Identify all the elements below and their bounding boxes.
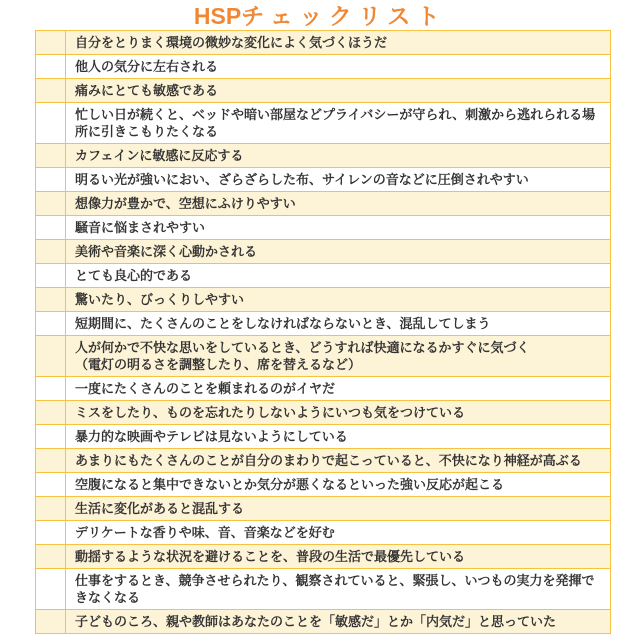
check-cell[interactable] bbox=[36, 377, 66, 401]
table-row: カフェインに敏感に反応する bbox=[36, 144, 611, 168]
item-text: 暴力的な映画やテレビは見ないようにしている bbox=[66, 425, 611, 449]
item-text: あまりにもたくさんのことが自分のまわりで起こっていると、不快になり神経が高ぶる bbox=[66, 449, 611, 473]
item-text: 美術や音楽に深く心動かされる bbox=[66, 240, 611, 264]
check-cell[interactable] bbox=[36, 192, 66, 216]
item-text: 短期間に、たくさんのことをしなければならないとき、混乱してしまう bbox=[66, 312, 611, 336]
item-text: カフェインに敏感に反応する bbox=[66, 144, 611, 168]
check-cell[interactable] bbox=[36, 31, 66, 55]
item-text: 自分をとりまく環境の微妙な変化によく気づくほうだ bbox=[66, 31, 611, 55]
check-cell[interactable] bbox=[36, 288, 66, 312]
item-text: 生活に変化があると混乱する bbox=[66, 497, 611, 521]
table-row: 一度にたくさんのことを頼まれるのがイヤだ bbox=[36, 377, 611, 401]
table-row: 想像力が豊かで、空想にふけりやすい bbox=[36, 192, 611, 216]
item-text: ミスをしたり、ものを忘れたりしないようにいつも気をつけている bbox=[66, 401, 611, 425]
check-cell[interactable] bbox=[36, 449, 66, 473]
item-text: 騒音に悩まされやすい bbox=[66, 216, 611, 240]
checklist-body: 自分をとりまく環境の微妙な変化によく気づくほうだ 他人の気分に左右される 痛みに… bbox=[36, 31, 611, 634]
table-row: とても良心的である bbox=[36, 264, 611, 288]
check-cell[interactable] bbox=[36, 144, 66, 168]
table-row: 美術や音楽に深く心動かされる bbox=[36, 240, 611, 264]
item-text: 痛みにとても敏感である bbox=[66, 79, 611, 103]
check-cell[interactable] bbox=[36, 312, 66, 336]
table-row: 子どものころ、親や教師はあなたのことを「敏感だ」とか「内気だ」と思っていた bbox=[36, 610, 611, 634]
check-cell[interactable] bbox=[36, 168, 66, 192]
table-row: 自分をとりまく環境の微妙な変化によく気づくほうだ bbox=[36, 31, 611, 55]
check-cell[interactable] bbox=[36, 336, 66, 377]
page-title-kana: チェックリスト bbox=[241, 3, 446, 29]
page-title-latin: HSP bbox=[194, 3, 241, 29]
item-text: 忙しい日が続くと、ベッドや暗い部屋などプライバシーが守られ、刺激から逃れられる場… bbox=[66, 103, 611, 144]
table-row: 人が何かで不快な思いをしているとき、どうすれば快適になるかすぐに気づく （電灯の… bbox=[36, 336, 611, 377]
table-row: 仕事をするとき、競争させられたり、観察されていると、緊張し、いつもの実力を発揮で… bbox=[36, 569, 611, 610]
check-cell[interactable] bbox=[36, 103, 66, 144]
item-text: 仕事をするとき、競争させられたり、観察されていると、緊張し、いつもの実力を発揮で… bbox=[66, 569, 611, 610]
table-row: 明るい光が強いにおい、ざらざらした布、サイレンの音などに圧倒されやすい bbox=[36, 168, 611, 192]
check-cell[interactable] bbox=[36, 521, 66, 545]
check-cell[interactable] bbox=[36, 216, 66, 240]
item-text: 人が何かで不快な思いをしているとき、どうすれば快適になるかすぐに気づく （電灯の… bbox=[66, 336, 611, 377]
check-cell[interactable] bbox=[36, 55, 66, 79]
check-cell[interactable] bbox=[36, 264, 66, 288]
checklist-table: 自分をとりまく環境の微妙な変化によく気づくほうだ 他人の気分に左右される 痛みに… bbox=[35, 30, 611, 634]
check-cell[interactable] bbox=[36, 425, 66, 449]
table-row: 他人の気分に左右される bbox=[36, 55, 611, 79]
item-text: デリケートな香りや味、音、音楽などを好む bbox=[66, 521, 611, 545]
item-text: 想像力が豊かで、空想にふけりやすい bbox=[66, 192, 611, 216]
check-cell[interactable] bbox=[36, 569, 66, 610]
table-row: 暴力的な映画やテレビは見ないようにしている bbox=[36, 425, 611, 449]
table-row: デリケートな香りや味、音、音楽などを好む bbox=[36, 521, 611, 545]
table-row: 短期間に、たくさんのことをしなければならないとき、混乱してしまう bbox=[36, 312, 611, 336]
check-cell[interactable] bbox=[36, 473, 66, 497]
table-row: 騒音に悩まされやすい bbox=[36, 216, 611, 240]
table-row: 忙しい日が続くと、ベッドや暗い部屋などプライバシーが守られ、刺激から逃れられる場… bbox=[36, 103, 611, 144]
page-title: HSPチェックリスト bbox=[0, 0, 640, 30]
item-text: 動揺するような状況を避けることを、普段の生活で最優先している bbox=[66, 545, 611, 569]
table-row: ミスをしたり、ものを忘れたりしないようにいつも気をつけている bbox=[36, 401, 611, 425]
check-cell[interactable] bbox=[36, 497, 66, 521]
table-row: 生活に変化があると混乱する bbox=[36, 497, 611, 521]
table-row: 痛みにとても敏感である bbox=[36, 79, 611, 103]
check-cell[interactable] bbox=[36, 401, 66, 425]
item-text: 驚いたり、びっくりしやすい bbox=[66, 288, 611, 312]
hsp-checklist-page: HSPチェックリスト 自分をとりまく環境の微妙な変化によく気づくほうだ 他人の気… bbox=[0, 0, 640, 640]
check-cell[interactable] bbox=[36, 79, 66, 103]
check-cell[interactable] bbox=[36, 545, 66, 569]
check-cell[interactable] bbox=[36, 240, 66, 264]
item-text: とても良心的である bbox=[66, 264, 611, 288]
item-text: 空腹になると集中できないとか気分が悪くなるといった強い反応が起こる bbox=[66, 473, 611, 497]
table-row: あまりにもたくさんのことが自分のまわりで起こっていると、不快になり神経が高ぶる bbox=[36, 449, 611, 473]
item-text: 一度にたくさんのことを頼まれるのがイヤだ bbox=[66, 377, 611, 401]
table-row: 空腹になると集中できないとか気分が悪くなるといった強い反応が起こる bbox=[36, 473, 611, 497]
item-text: 他人の気分に左右される bbox=[66, 55, 611, 79]
table-row: 驚いたり、びっくりしやすい bbox=[36, 288, 611, 312]
item-text: 明るい光が強いにおい、ざらざらした布、サイレンの音などに圧倒されやすい bbox=[66, 168, 611, 192]
check-cell[interactable] bbox=[36, 610, 66, 634]
table-row: 動揺するような状況を避けることを、普段の生活で最優先している bbox=[36, 545, 611, 569]
item-text: 子どものころ、親や教師はあなたのことを「敏感だ」とか「内気だ」と思っていた bbox=[66, 610, 611, 634]
